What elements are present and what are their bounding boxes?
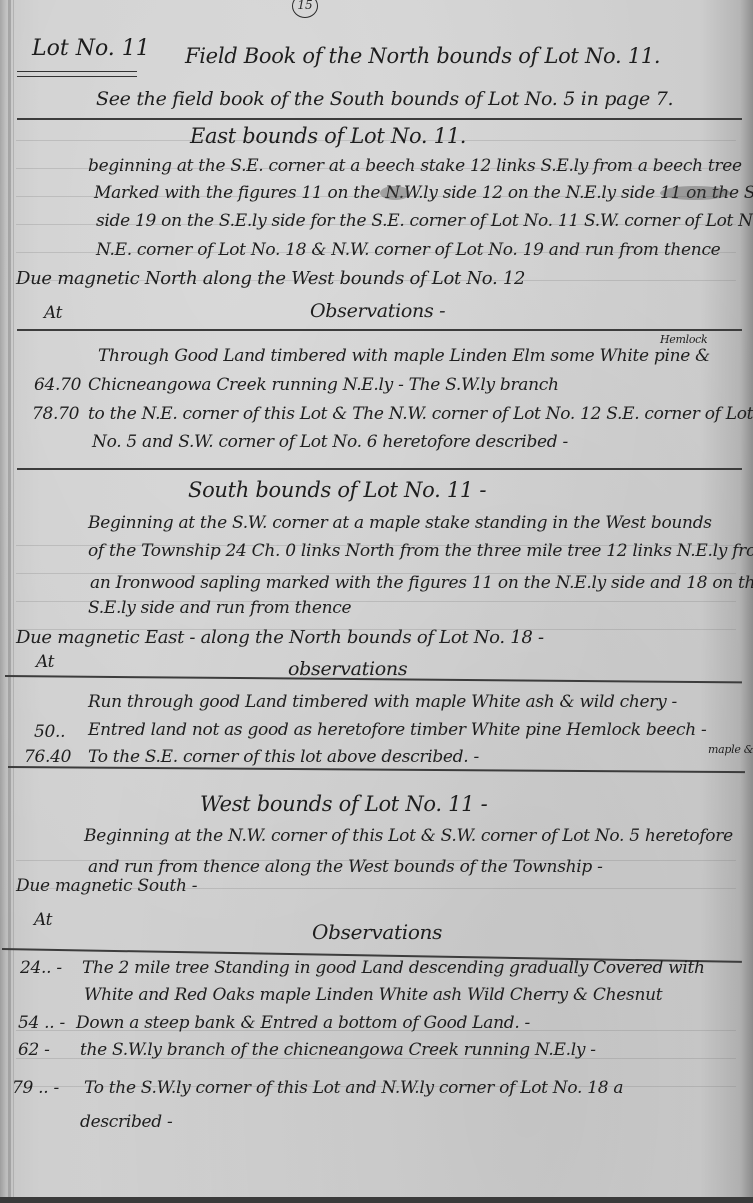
section-heading-east: East bounds of Lot No. 11. (190, 124, 466, 148)
description-line: side 19 on the S.E.ly side for the S.E. … (96, 211, 753, 231)
observations-label: Observations - (310, 300, 445, 322)
column-label-at: At (34, 910, 52, 930)
description-line: beginning at the S.E. corner at a beech … (88, 156, 742, 176)
observation-text: Through Good Land timbered with maple Li… (98, 346, 710, 366)
observation-distance: 76.40 (24, 747, 71, 767)
lot-label-underline (17, 71, 137, 77)
section-heading-west: West bounds of Lot No. 11 - (200, 792, 487, 816)
description-line: Beginning at the S.W. corner at a maple … (88, 513, 712, 533)
observation-text: Entred land not as good as heretofore ti… (88, 720, 706, 740)
binding-edge-inner (13, 0, 14, 1203)
observation-text: Down a steep bank & Entred a bottom of G… (76, 1013, 530, 1033)
description-line: S.E.ly side and run from thence (88, 598, 351, 618)
observation-text: To the S.E. corner of this lot above des… (88, 747, 479, 767)
observation-distance: 62 - (18, 1040, 50, 1060)
observation-text: White and Red Oaks maple Linden White as… (84, 985, 662, 1005)
observation-distance: 50.. (34, 722, 65, 742)
observations-label: Observations (312, 920, 442, 944)
binding-edge (8, 0, 11, 1203)
observation-text: to the N.E. corner of this Lot & The N.W… (88, 404, 753, 424)
observation-text: To the S.W.ly corner of this Lot and N.W… (84, 1078, 623, 1098)
ink-blot (660, 186, 730, 200)
section-divider (8, 766, 745, 773)
section-divider (17, 468, 742, 470)
lot-label: Lot No. 11 (32, 36, 150, 61)
observation-text: described - (80, 1112, 172, 1132)
column-label-at: At (36, 652, 54, 672)
page-bottom-edge (0, 1197, 753, 1203)
observation-text: Chicneangowa Creek running N.E.ly - The … (88, 375, 559, 395)
description-line: an Ironwood sapling marked with the figu… (90, 573, 753, 593)
observation-distance: 79 .. - (12, 1078, 59, 1098)
observation-text: No. 5 and S.W. corner of Lot No. 6 heret… (92, 432, 568, 452)
manuscript-page: 15 Lot No. 11 Field Book of the North bo… (0, 0, 753, 1203)
observation-distance: 78.70 (32, 404, 79, 424)
observation-text: The 2 mile tree Standing in good Land de… (82, 958, 705, 978)
cross-reference: See the field book of the South bounds o… (96, 88, 673, 110)
section-heading-south: South bounds of Lot No. 11 - (188, 478, 486, 502)
column-label-at: At (44, 303, 62, 323)
description-line: N.E. corner of Lot No. 18 & N.W. corner … (96, 240, 720, 260)
observation-distance: 64.70 (34, 375, 81, 395)
page-number: 15 (292, 0, 318, 18)
observation-distance: 54 .. - (18, 1013, 65, 1033)
interlinear-insert: Hemlock (660, 333, 707, 346)
observation-text: Run through good Land timbered with mapl… (88, 692, 677, 712)
section-divider (17, 118, 742, 120)
description-line: Beginning at the N.W. corner of this Lot… (84, 826, 733, 846)
course-direction: Due magnetic North along the West bounds… (16, 268, 525, 289)
section-divider (17, 329, 742, 331)
description-line: of the Township 24 Ch. 0 links North fro… (88, 541, 753, 561)
course-direction: Due magnetic East - along the North boun… (16, 627, 544, 648)
description-line: and run from thence along the West bound… (88, 857, 603, 877)
page-title: Field Book of the North bounds of Lot No… (185, 44, 660, 68)
interlinear-insert: maple &c (708, 743, 753, 756)
observation-text: the S.W.ly branch of the chicneangowa Cr… (80, 1040, 596, 1060)
ink-blot (380, 186, 410, 200)
observation-distance: 24.. - (20, 958, 62, 978)
description-line: Marked with the figures 11 on the N.W.ly… (94, 183, 753, 203)
course-direction: Due magnetic South - (16, 876, 197, 896)
